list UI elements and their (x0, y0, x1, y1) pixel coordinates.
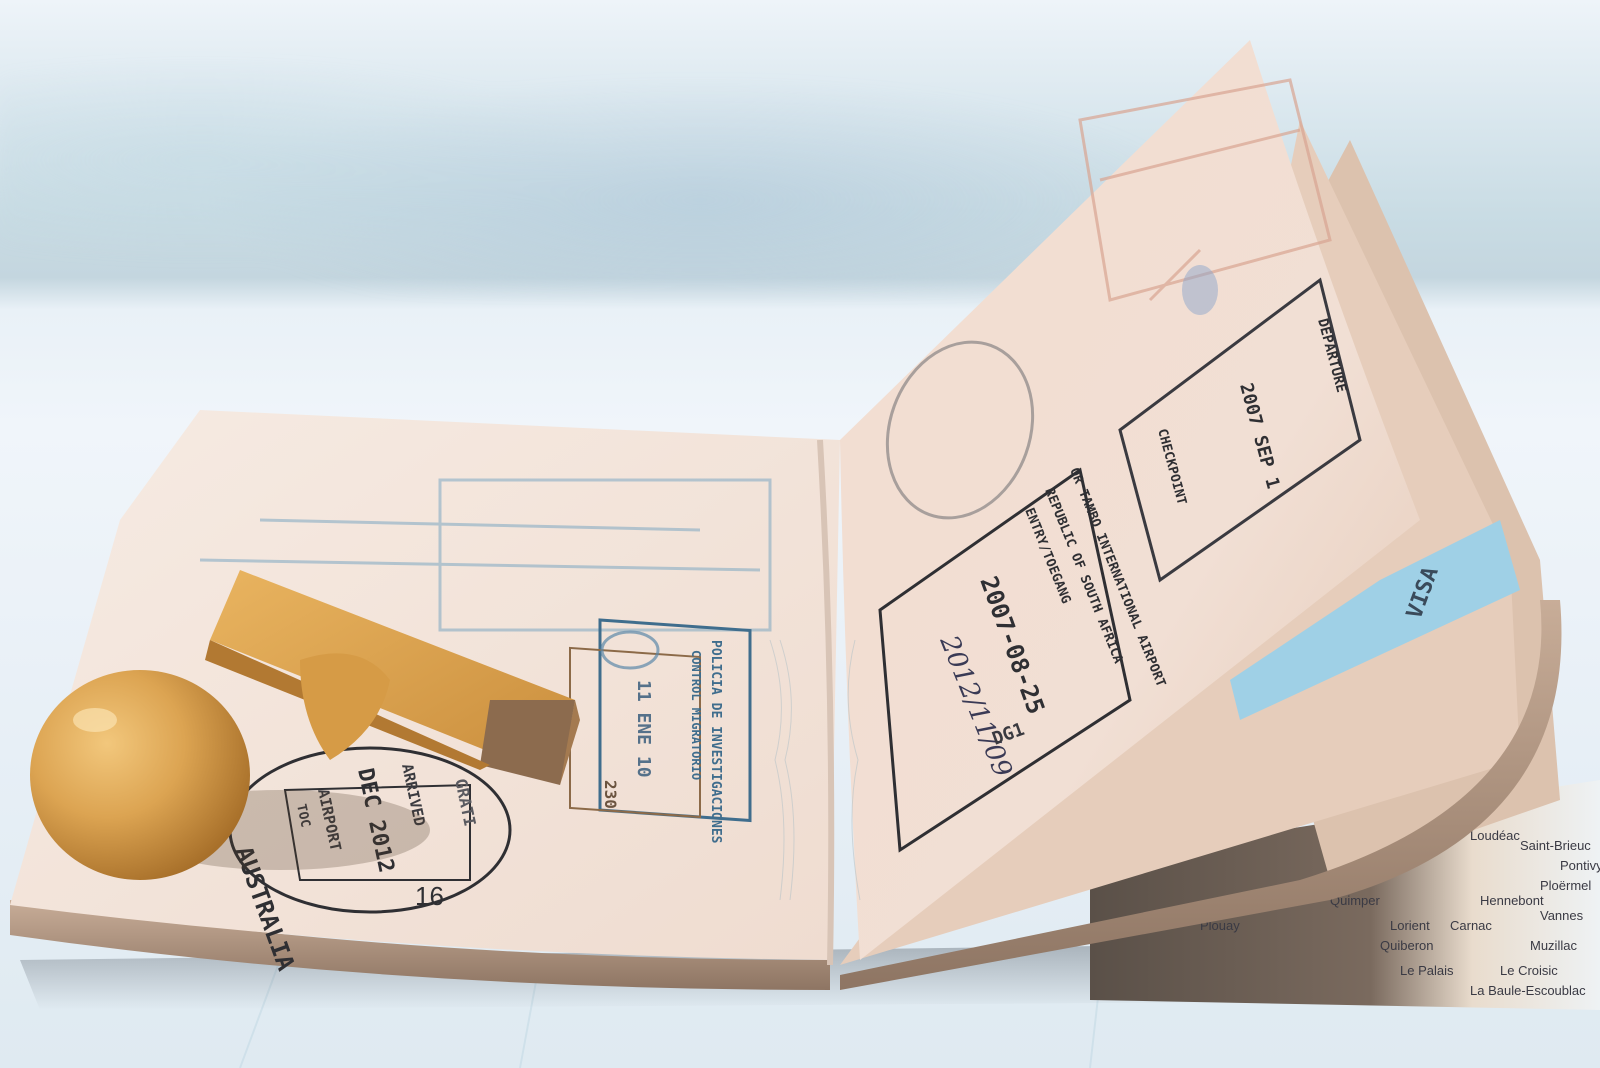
svg-text:POLICIA DE INVESTIGACIONES: POLICIA DE INVESTIGACIONES (708, 640, 723, 844)
map-label: Ploërmel (1540, 878, 1591, 893)
map-label: Hennebont (1480, 893, 1544, 908)
map-label: Lorient (1390, 918, 1430, 933)
map-label: Vannes (1540, 908, 1584, 923)
svg-text:16: 16 (415, 881, 444, 911)
map-label: Carnac (1450, 918, 1492, 933)
map-label: Le Croisic (1500, 963, 1558, 978)
map-label: Le Palais (1400, 963, 1454, 978)
stamp-handle-knob (30, 670, 250, 880)
svg-text:CONTROL MIGRATORIO: CONTROL MIGRATORIO (689, 650, 703, 780)
svg-text:11 ENE 10: 11 ENE 10 (633, 680, 654, 778)
map-label: Quiberon (1380, 938, 1433, 953)
faded-blue-mark (1182, 265, 1218, 315)
passport-scene: CallacLoudéacQuimperPlouayHennebontLorie… (0, 0, 1600, 1068)
map-label: Loudéac (1470, 828, 1520, 843)
map-label: La Baule-Escoublac (1470, 983, 1586, 998)
map-label: Saint-Brieuc (1520, 838, 1591, 853)
map-label: Pontivy (1560, 858, 1600, 873)
map-label: Muzillac (1530, 938, 1577, 953)
svg-text:230: 230 (601, 780, 620, 809)
